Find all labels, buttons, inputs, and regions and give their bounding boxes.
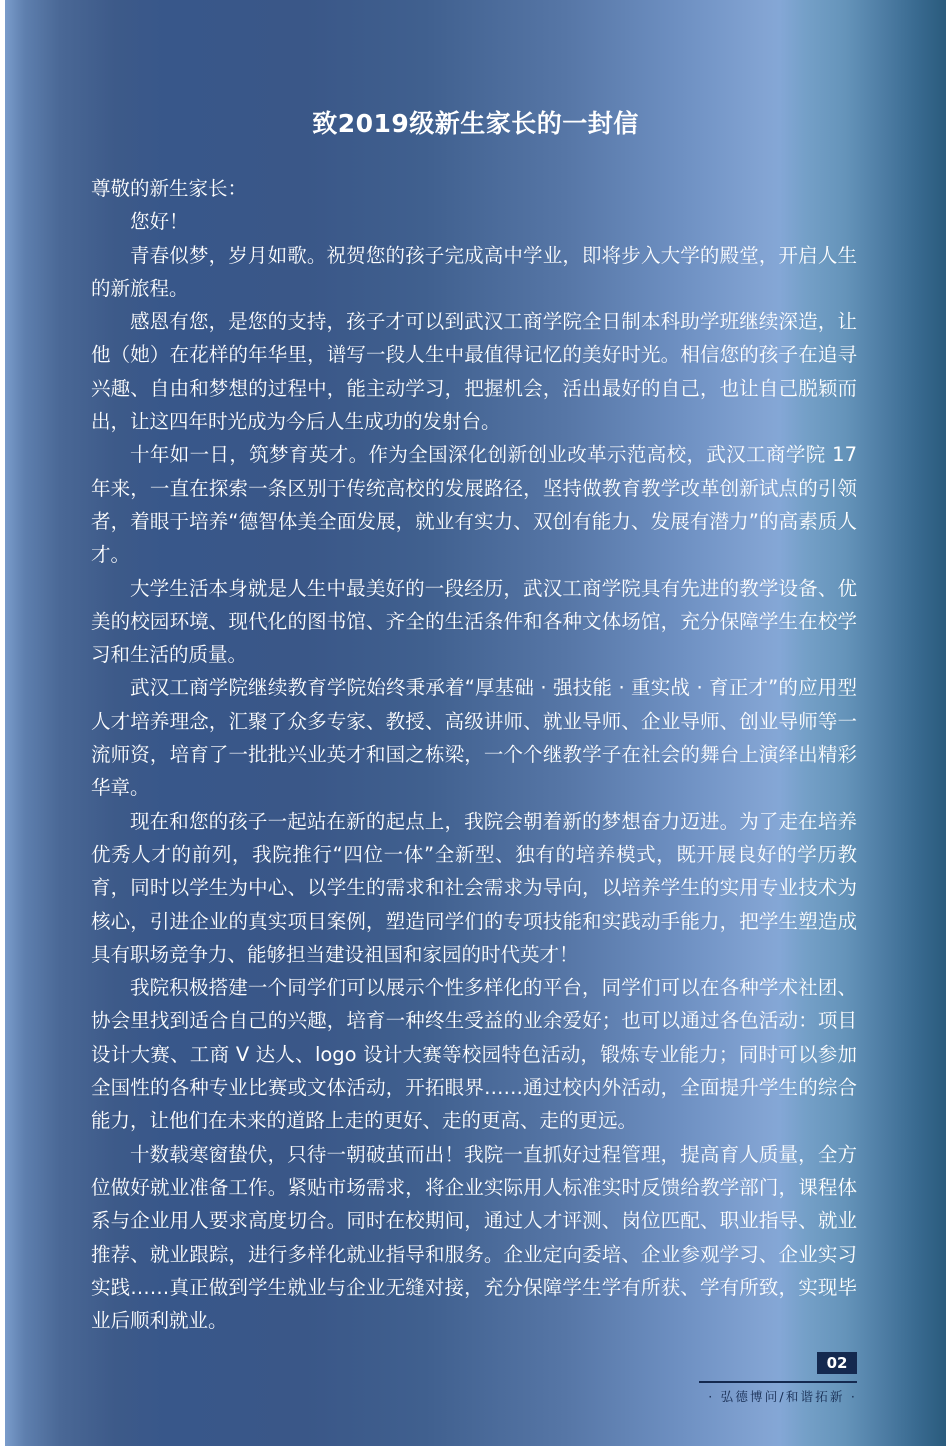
letter-page: 致2019级新生家长的一封信 尊敬的新生家长： 您好！ 青春似梦，岁月如歌。祝贺… [5,0,946,1446]
page-title: 致2019级新生家长的一封信 [5,104,946,140]
footer-motto: · 弘德博问/和谐拓新 · [695,1387,857,1405]
footer-divider [699,1381,857,1383]
paragraph: 武汉工商学院继续教育学院始终秉承着“厚基础 · 强技能 · 重实战 · 育正才”… [91,671,857,804]
salutation: 尊敬的新生家长： [91,172,857,205]
paragraph: 大学生活本身就是人生中最美好的一段经历，武汉工商学院具有先进的教学设备、优美的校… [91,572,857,672]
paragraph: 十年如一日，筑梦育英才。作为全国深化创新创业改革示范高校，武汉工商学院 17 年… [91,438,857,571]
paragraph: 我院积极搭建一个同学们可以展示个性多样化的平台，同学们可以在各种学术社团、协会里… [91,971,857,1137]
paragraph: 感恩有您，是您的支持，孩子才可以到武汉工商学院全日制本科助学班继续深造，让他（她… [91,305,857,438]
paragraph: 现在和您的孩子一起站在新的起点上，我院会朝着新的梦想奋力迈进。为了走在培养优秀人… [91,805,857,971]
paragraph: 青春似梦，岁月如歌。祝贺您的孩子完成高中学业，即将步入大学的殿堂，开启人生的新旅… [91,239,857,306]
letter-body: 尊敬的新生家长： 您好！ 青春似梦，岁月如歌。祝贺您的孩子完成高中学业，即将步入… [91,172,857,1337]
paragraph: 十数载寒窗蛰伏，只待一朝破茧而出！我院一直抓好过程管理，提高育人质量，全方位做好… [91,1138,857,1338]
page-number-badge: 02 [817,1352,857,1374]
greeting: 您好！ [91,205,857,238]
